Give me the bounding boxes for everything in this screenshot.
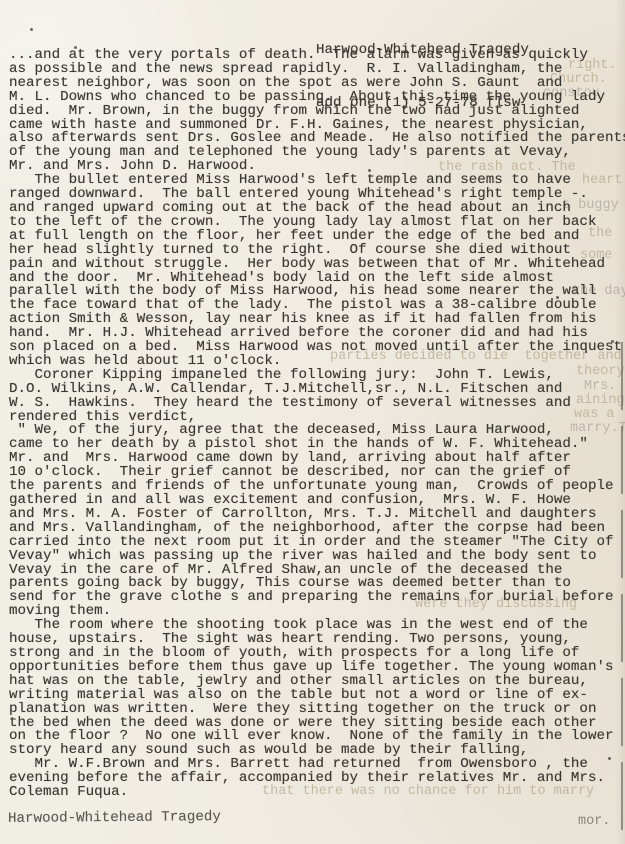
footer-title: Harwood-Whitehead Tragedy xyxy=(8,809,221,827)
body-text: ...and at the very portals of death. The… xyxy=(9,49,625,800)
footer-more-marker: mor. xyxy=(578,814,610,829)
scan-edge-line xyxy=(621,342,623,844)
document-page: right.Church.constouthe rash act. Thehea… xyxy=(0,0,625,844)
ink-speck xyxy=(30,28,33,31)
